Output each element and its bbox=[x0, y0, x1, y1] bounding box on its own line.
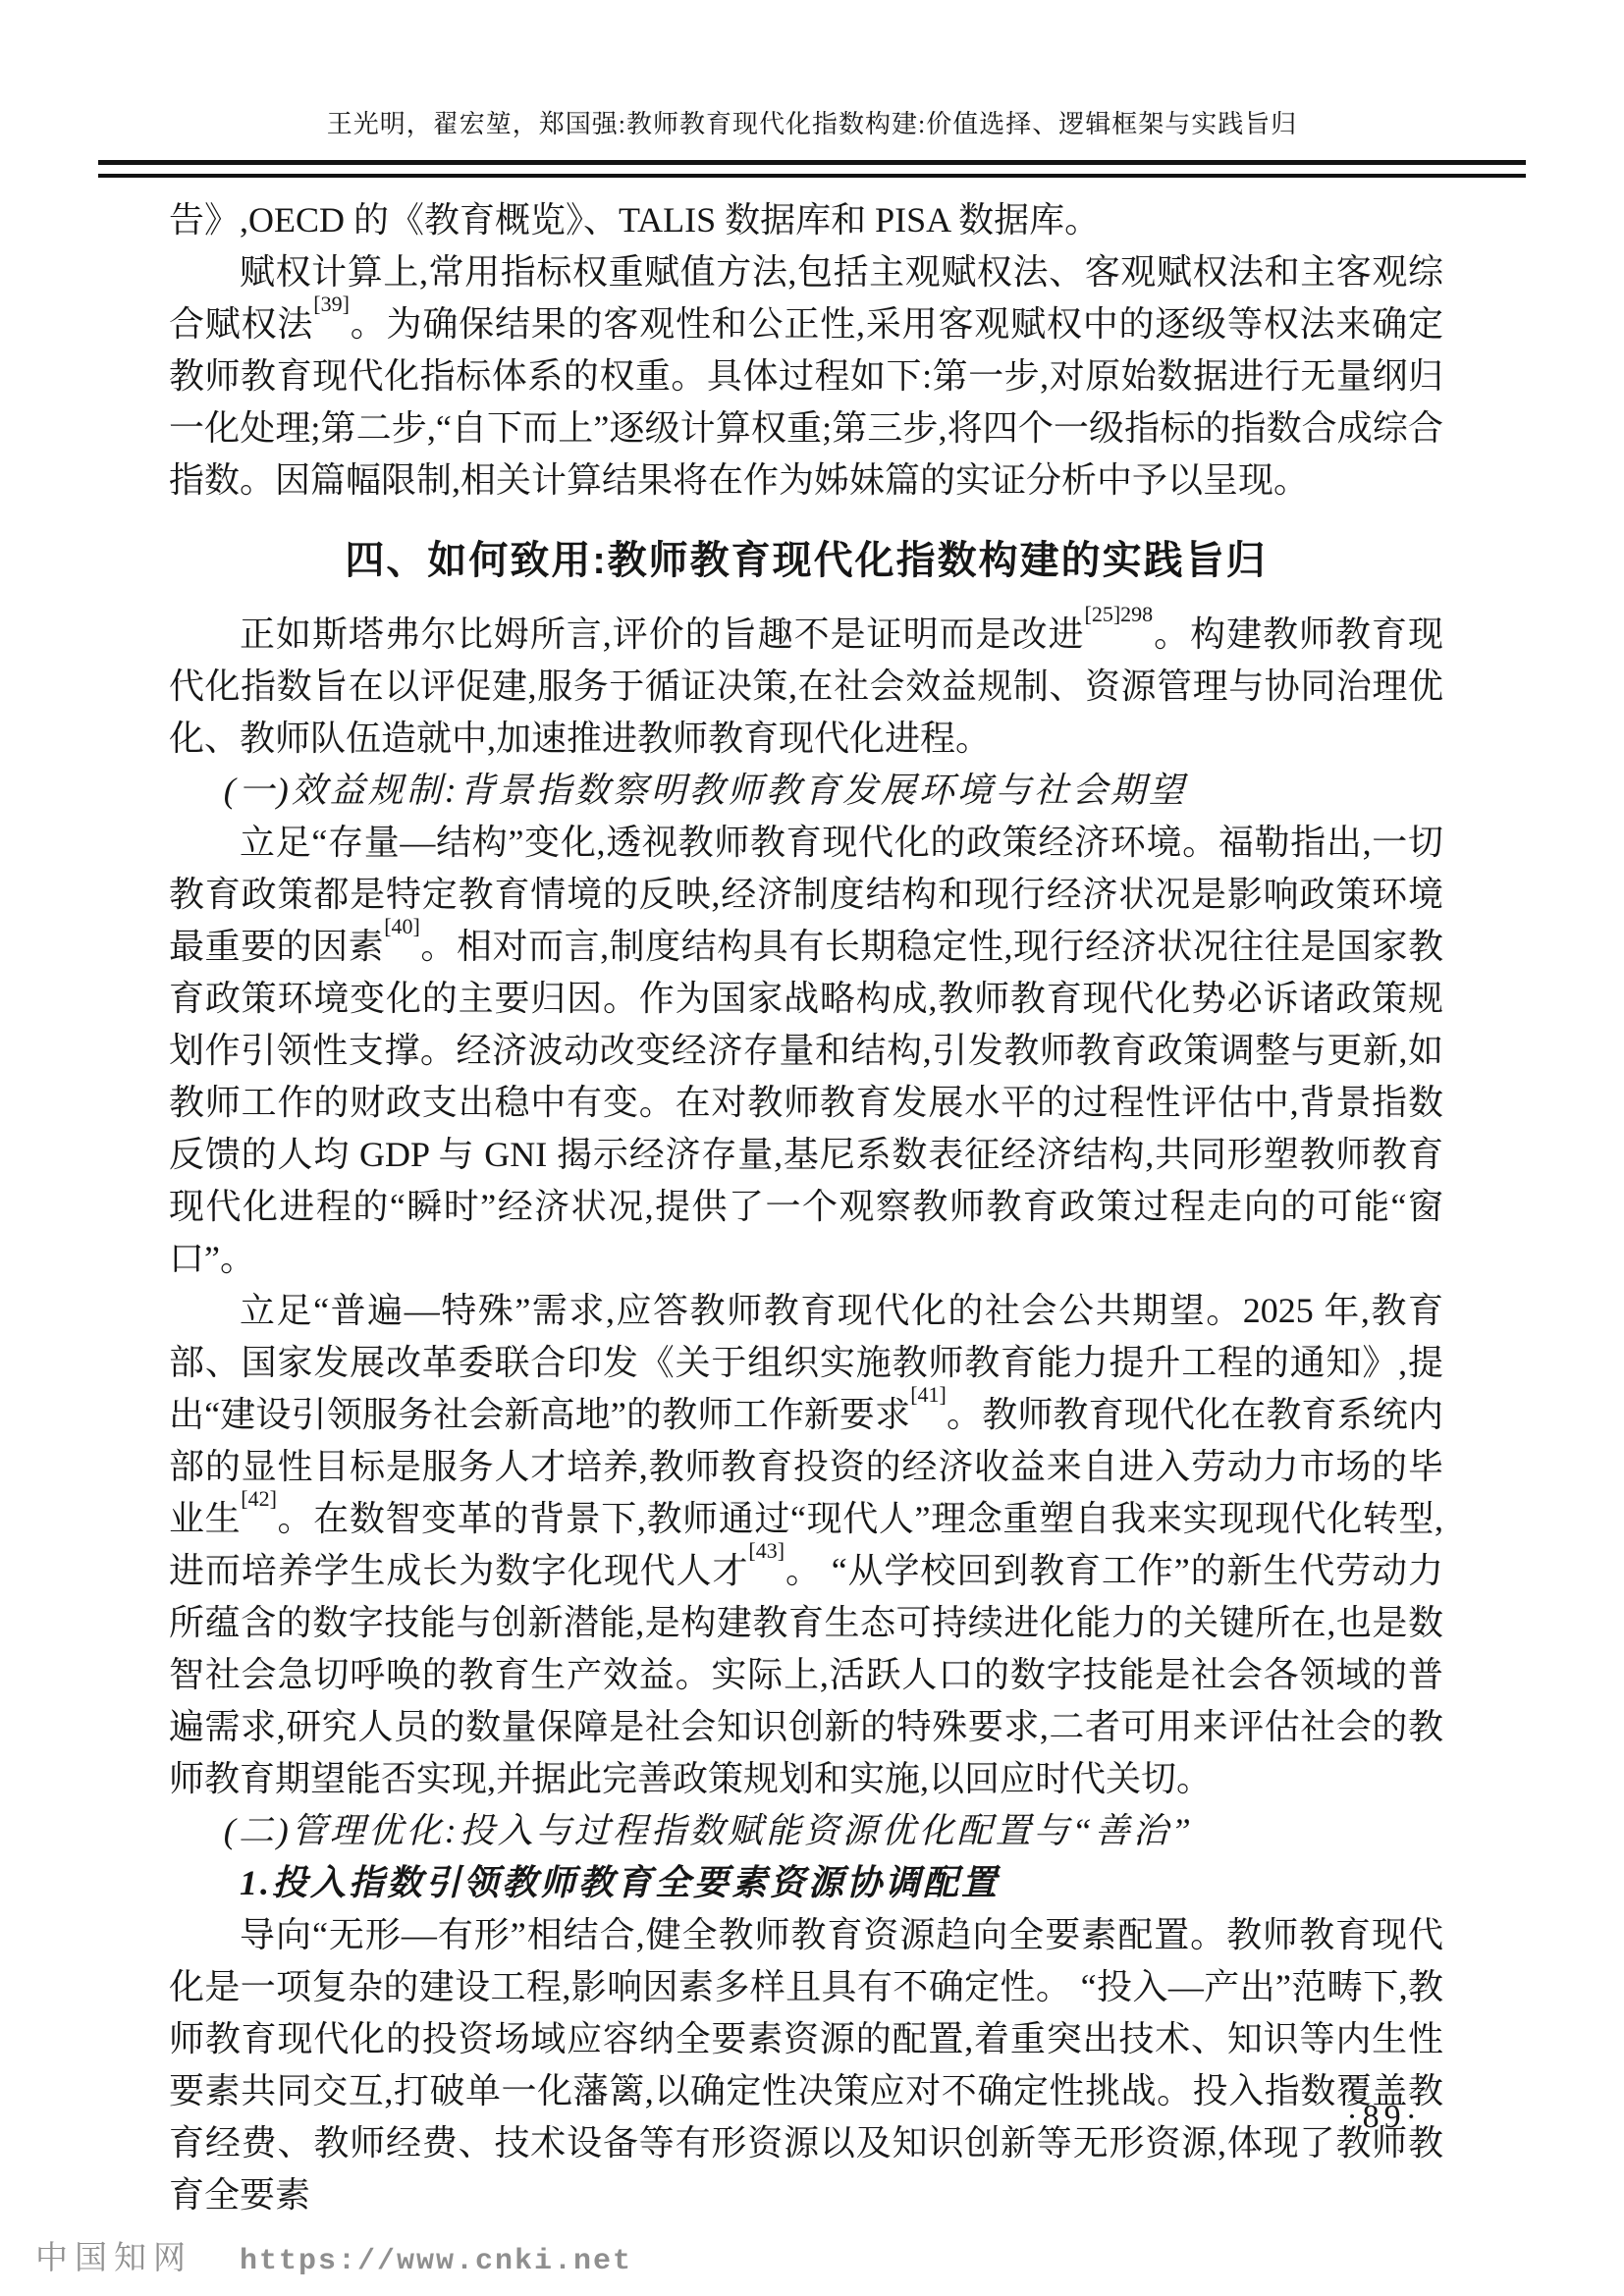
text-run: 1.投入指数引领教师教育全要素资源协调配置 bbox=[240, 1863, 1000, 1902]
paragraph: 赋权计算上,常用指标权重赋值方法,包括主观赋权法、客观赋权法和主客观综合赋权法[… bbox=[169, 246, 1443, 507]
scan-footer: 中国知网 https://www.cnki.net bbox=[35, 2232, 632, 2278]
paragraph: 立足“存量—结构”变化,透视教师教育现代化的政策经济环境。福勒指出,一切教育政策… bbox=[169, 817, 1443, 1285]
page-body: 告》,OECD 的《教育概览》、TALIS 数据库和 PISA 数据库。赋权计算… bbox=[169, 194, 1443, 2221]
citation-superscript: [25]298 bbox=[1085, 602, 1154, 626]
document-page: 王光明，翟宏堃，郑国强:教师教育现代化指数构建:价值选择、逻辑框架与实践旨归 告… bbox=[0, 0, 1624, 2296]
text-run: 正如斯塔弗尔比姆所言,评价的旨趣不是证明而是改进 bbox=[240, 614, 1085, 654]
citation-superscript: [43] bbox=[748, 1538, 785, 1563]
text-run: (二)管理优化:投入与过程指数赋能资源优化配置与“善治” bbox=[224, 1811, 1194, 1850]
section-heading: 四、如何致用:教师教育现代化指数构建的实践旨归 bbox=[169, 533, 1443, 588]
running-head-title: 王光明，翟宏堃，郑国强:教师教育现代化指数构建:价值选择、逻辑框架与实践旨归 bbox=[0, 104, 1624, 140]
citation-superscript: [39] bbox=[313, 292, 350, 316]
subsection-heading: (二)管理优化:投入与过程指数赋能资源优化配置与“善治” bbox=[169, 1805, 1443, 1857]
citation-superscript: [40] bbox=[384, 914, 420, 938]
citation-superscript: [41] bbox=[910, 1382, 947, 1407]
paragraph: 立足“普遍—特殊”需求,应答教师教育现代化的社会公共期望。2025 年,教育部、… bbox=[169, 1285, 1443, 1805]
paragraph: 正如斯塔弗尔比姆所言,评价的旨趣不是证明而是改进[25]298。构建教师教育现代… bbox=[169, 609, 1443, 765]
text-run: 告》,OECD 的《教育概览》、TALIS 数据库和 PISA 数据库。 bbox=[169, 200, 1100, 240]
paragraph: 告》,OECD 的《教育概览》、TALIS 数据库和 PISA 数据库。 bbox=[169, 194, 1443, 246]
numbered-subheading: 1.投入指数引领教师教育全要素资源协调配置 bbox=[169, 1857, 1443, 1909]
citation-superscript: [42] bbox=[241, 1486, 277, 1511]
cnki-watermark-url: https://www.cnki.net bbox=[240, 2245, 632, 2278]
cnki-watermark-label: 中国知网 bbox=[35, 2232, 192, 2278]
text-run: 四、如何致用:教师教育现代化指数构建的实践旨归 bbox=[345, 539, 1267, 582]
paragraph: 导向“无形—有形”相结合,健全教师教育资源趋向全要素配置。教师教育现代化是一项复… bbox=[169, 1909, 1443, 2221]
text-run: 导向“无形—有形”相结合,健全教师教育资源趋向全要素配置。教师教育现代化是一项复… bbox=[169, 1915, 1443, 2215]
header-double-rule bbox=[98, 160, 1526, 178]
text-run: (一)效益规制:背景指数察明教师教育发展环境与社会期望 bbox=[224, 771, 1187, 810]
page-number: ·89· bbox=[1346, 2099, 1422, 2136]
text-run: 。为确保结果的客观性和公正性,采用客观赋权中的逐级等权法来确定教师教育现代化指标… bbox=[169, 304, 1443, 500]
text-run: 。相对而言,制度结构具有长期稳定性,现行经济状况往往是国家教育政策环境变化的主要… bbox=[169, 927, 1443, 1278]
subsection-heading: (一)效益规制:背景指数察明教师教育发展环境与社会期望 bbox=[169, 765, 1443, 817]
